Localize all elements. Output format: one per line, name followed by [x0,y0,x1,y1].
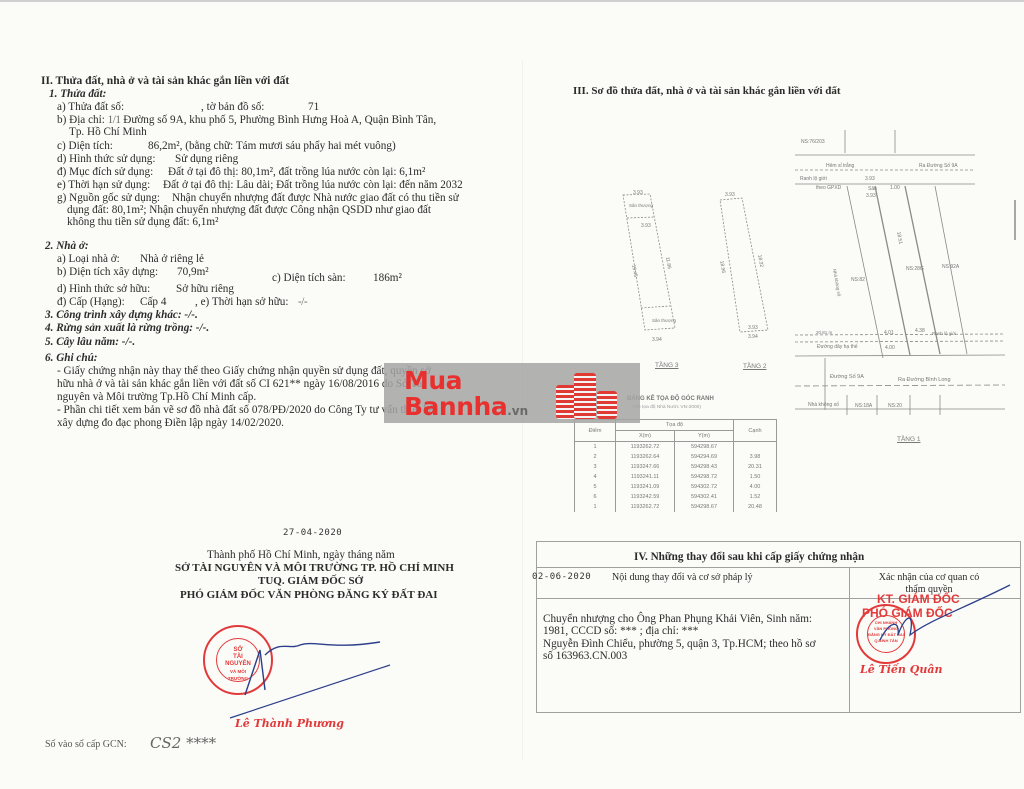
site-label-ns82: NS:82 [851,277,865,283]
house-heading: 2. Nhà ở: [45,240,89,252]
coord-edge: 20.48 [734,502,777,512]
term-label: e) Thời hạn sử dụng: [57,179,150,191]
coord-x: 1193262.64 [616,452,675,462]
signer-name: Lê Thành Phương [235,717,344,730]
site-dim-2: 1.00 [890,185,900,191]
coord-y: 594302.41 [675,492,734,502]
coord-y: 594298.67 [675,502,734,512]
register-label: Số vào sổ cấp GCN: [45,739,127,751]
coord-table: Điểm Tọa độ Cạnh X(m) Y(m) 11193262.7259… [574,419,777,512]
site-label-alley: Hẻm sỉ trắng [826,163,854,169]
floor2-dim-bottom2: 3.94 [748,334,758,340]
coord-point: 1 [575,502,616,512]
coord-edge: 4.00 [734,482,777,492]
coord-table-subtitle: (Hệ tọa độ Nhà Nước VN-2000) [633,405,701,410]
floor2-dim-top: 3.93 [725,192,735,198]
address-line1: Đường số 9A, khu phố 5, Phường Bình Hưng… [123,114,436,126]
watermark-line1: Mua [404,368,462,394]
site-label-road-9a: Đường Số 9A [830,374,864,380]
coord-y: 594298.43 [675,462,734,472]
coord-point: 3 [575,462,616,472]
usage-form-label: d) Hình thức sử dụng: [57,153,156,165]
coord-x: 1193241.11 [616,472,675,482]
floor2-dim-bottom1: 3.93 [748,325,758,331]
watermark-building-icon [556,385,576,419]
purpose-label: đ) Mục đích sử dụng: [57,166,153,178]
coord-y: 594298.67 [675,442,734,453]
ownership-value: Sở hữu riêng [176,283,234,295]
page-top-border [0,0,1024,2]
house-type-label: a) Loại nhà ở: [57,253,120,265]
address-label: b) Địa chỉ: [57,114,105,126]
notes-line1: - Giấy chứng nhận này thay thế theo Giấy… [57,365,431,377]
coord-table-title: BẢNG KÊ TỌA ĐỘ GÓC RANH [627,396,714,402]
address-row: b) Địa chỉ: 1/1 Đường số 9A, khu phố 5, … [57,114,436,126]
coord-table-row: 61193242.59594302.411.52 [575,492,777,502]
coord-x: 1193242.59 [616,492,675,502]
usage-form-value: Sử dụng riêng [175,153,238,165]
ownership-label: d) Hình thức sở hữu: [57,283,150,295]
section-ii-title: II. Thửa đất, nhà ở và tài sản khác gắn … [41,75,289,87]
site-dim-6: 4.00 [885,345,895,351]
floor-area-label: c) Diện tích sàn: [272,272,346,284]
site-label-road-boundary-2: Ranh lộ giới [932,331,956,336]
origin-line3: không thu tiền sử dụng đất: 6,1m² [67,216,218,228]
watermark-building-icon [574,373,596,419]
floor3-dim-bottom: 3.94 [652,337,662,343]
coord-y: 594298.72 [675,472,734,482]
notes-heading: 6. Ghi chú: [45,352,98,364]
coord-x: 1193241.09 [616,482,675,492]
other-works: 3. Công trình xây dựng khác: -/-. [45,309,198,321]
coord-x: 1193262.72 [616,442,675,453]
site-label-to-binh-long: Ra Đường Bình Long [898,377,951,383]
section-iii-title: III. Sơ đồ thửa đất, nhà ở và tài sản kh… [573,85,841,97]
map-sheet-value: 71 [308,101,319,113]
house-type-value: Nhà ở riêng lẻ [140,253,204,265]
coord-point: 1 [575,442,616,453]
site-label-ns28g: NS:28G [906,266,924,272]
coord-point: 6 [575,492,616,502]
site-label-ns92a: NS:92A [942,264,959,270]
coord-point: 2 [575,452,616,462]
branch-signer-name: Lê Tiến Quân [860,663,942,676]
coord-x: 1193247.66 [616,462,675,472]
entry-line2: 1981, CCCD số: *** ; địa chỉ: *** [543,625,698,637]
perennial-trees: 5. Cây lâu năm: -/-. [45,336,135,348]
own-term-label: , e) Thời hạn sở hữu: [195,296,289,308]
address-line2: Tp. Hồ Chí Minh [69,126,147,138]
coord-table-row: 11193262.72594298.67 [575,442,777,453]
site-label-no-number-house: Nhà không số [808,402,839,408]
address-redacted: 1/1 [108,114,121,126]
change-date-stamp: 02-06-2020 [532,572,591,582]
site-label-to-road-9a: Ra Đường Số 9A [919,163,958,169]
area-value: 86,2m², (bằng chữ: Tám mươi sáu phẩy hai… [148,140,396,152]
register-value: CS2 **** [150,734,216,752]
coord-edge: 1.50 [734,472,777,482]
built-area-value: 70,9m² [177,266,209,278]
map-sheet-label: , tờ bản đồ số: [201,101,264,113]
notes-line5: xây dựng đo đạc phong Điền lập ngày 14/0… [57,417,284,429]
parcel-label: a) Thửa đất số: [57,101,124,113]
floor3-dim-top: 3.93 [633,190,643,196]
notes-line2: hữu nhà ở và tài sản khác gắn liền với đ… [57,378,426,390]
coord-point: 5 [575,482,616,492]
site-dim-5: 4.38 [915,328,925,334]
entry-line3: Nguyễn Đình Chiểu, phường 5, quận 3, Tp.… [543,638,816,650]
site-label-road-boundary: Ranh lộ giới [800,176,827,182]
built-area-label: b) Diện tích xây dựng: [57,266,158,278]
floor3-dim-mid: 3.93 [641,223,651,229]
floor3-balcony-bottom: Sân thượng [652,318,676,323]
floor-area-value: 186m² [373,272,402,284]
watermark: Mua Bannha.vn [384,363,640,423]
site-label-ns76: NS:76/203 [801,139,825,145]
agency-name: SỞ TÀI NGUYÊN VÀ MÔI TRƯỜNG TP. HỒ CHÍ M… [175,562,454,574]
site-dim-width: 20.81 m [816,330,832,335]
origin-line2: dụng đất: 80,1m²; Nhận chuyển nhượng đất… [67,204,431,216]
section-iv-title: IV. Những thay đổi sau khi cấp giấy chứn… [634,551,864,563]
coord-table-body: 11193262.72594298.6721193262.64594294.69… [575,442,777,513]
floor1-site-plan [795,130,1024,415]
site-dim-1: 3.93 [865,176,875,182]
site-label-yard: Sân [868,186,877,192]
signature-scribble [220,620,400,720]
floor3-label: TẦNG 3 [655,362,678,369]
site-label-permit: theo GPXD [816,185,841,191]
coord-y: 594294.69 [675,452,734,462]
on-behalf: TUQ. GIÁM ĐỐC SỞ [258,575,363,587]
entry-line1: Chuyển nhượng cho Ông Phan Phụng Khải Vi… [543,613,812,625]
coord-edge: 1.52 [734,492,777,502]
signer-position: PHÓ GIÁM ĐỐC VĂN PHÒNG ĐĂNG KÝ ĐẤT ĐAI [180,589,438,601]
floor1-label: TẦNG 1 [897,436,920,443]
term-value: Đất ở tại đô thị: Lâu dài; Đất trồng lúa… [163,179,463,191]
own-term-value: -/- [298,296,307,308]
coord-y: 594302.72 [675,482,734,492]
floor2-label: TẦNG 2 [743,363,766,370]
site-label-powerline: Đường dây hạ thế [817,344,858,350]
grade-label: đ) Cấp (Hạng): [57,296,125,308]
watermark-building-icon [597,391,617,419]
branch-signature-scribble [860,580,1020,660]
grade-value: Cấp 4 [140,296,166,308]
coord-x: 1193262.72 [616,502,675,512]
notes-line3: nguyên và Môi trường Tp.Hồ Chí Minh cấp. [57,391,256,403]
production-forest: 4. Rừng sản xuất là rừng trồng: -/-. [45,322,209,334]
floor3-balcony-top: Sân thượng [629,203,653,208]
coord-header-y: Y(m) [675,431,734,442]
watermark-line2: Bannha.vn [404,394,528,424]
coord-point: 4 [575,472,616,482]
land-heading: 1. Thửa đất: [49,88,106,100]
coord-table-row: 51193241.09594302.724.00 [575,482,777,492]
change-content-header: Nội dung thay đổi và cơ sở pháp lý [612,572,753,584]
coord-table-row: 31193247.66594298.4320.31 [575,462,777,472]
coord-header-edge: Cạnh [734,420,777,442]
origin-label: g) Nguồn gốc sử dụng: [57,192,160,204]
issue-date-stamp: 27-04-2020 [283,528,342,538]
site-dim-3: 3.93 [866,193,876,199]
notes-line4: - Phần chi tiết xem bản vẽ sơ đồ nhà đất… [57,404,434,416]
place-date: Thành phố Hồ Chí Minh, ngày tháng năm [207,549,395,561]
site-label-ns18a: NS:18A [855,403,872,409]
area-label: c) Diện tích: [57,140,113,152]
coord-header-x: X(m) [616,431,675,442]
site-label-ns20: NS:20 [888,403,902,409]
purpose-value: Đất ở tại đô thị: 80,1m², đất trồng lúa … [168,166,425,178]
site-dim-4: 4.01 [884,330,894,336]
entry-line4: số 163963.CN.003 [543,650,627,662]
coord-edge: 20.31 [734,462,777,472]
coord-edge [734,442,777,453]
coord-edge: 3.98 [734,452,777,462]
coord-table-row: 21193262.64594294.693.98 [575,452,777,462]
origin-line1: Nhận chuyển nhượng đất được Nhà nước gia… [172,192,459,204]
coord-table-row: 11193262.72594298.6720.48 [575,502,777,512]
coord-table-row: 41193241.11594298.721.50 [575,472,777,482]
